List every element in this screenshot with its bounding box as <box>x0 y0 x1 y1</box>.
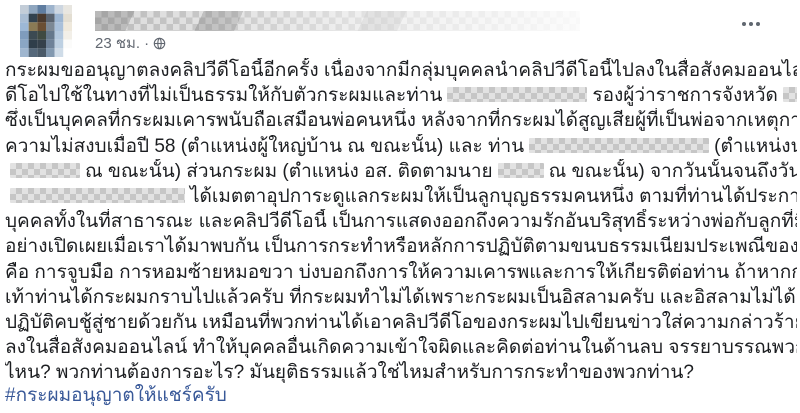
post-text-line: ซึ่งเป็นบุคคลที่กระผมเคารพนับถือเสมือนพ่… <box>5 108 797 133</box>
post-text: กระผมขออนุญาตลงคลิปวีดีโอนี้อีกครั้ง เนื… <box>5 60 797 81</box>
redacted-text <box>498 163 544 178</box>
post-text-line: กระผมขออนุญาตลงคลิปวีดีโอนี้อีกครั้ง เนื… <box>5 58 797 83</box>
redacted-text <box>447 87 587 102</box>
post-text: เท้าท่านได้กระผมกราบไปแล้วครับ ที่กระผมท… <box>5 287 797 308</box>
facebook-post: 23 ชม. · กระผมขออนุญาตลงคลิปวีดีโอนี้อีก… <box>0 0 800 413</box>
post-text-line: ปฏิบัติคบชู้สู่ชายด้วยกัน เหมือนที่พวกท่… <box>5 310 797 335</box>
redacted-text <box>10 188 185 203</box>
three-dots-menu-icon <box>742 22 746 26</box>
redacted-text <box>10 163 80 178</box>
post-text: ได้เมตตาอุปการะดูแลกระผมให้เป็นลูกบุญธรร… <box>190 186 797 207</box>
post-text-line: คือ การจูบมือ การหอมซ้ายหมอขวา บ่งบอกถึง… <box>5 260 797 285</box>
post-header: 23 ชม. · <box>0 0 800 60</box>
timestamp[interactable]: 23 ชม. <box>95 31 140 55</box>
post-text: (ตำแหน่งนาย <box>714 136 797 157</box>
post-text: รองผู้ว่าราชการจังหวัด <box>592 85 777 106</box>
post-body: กระผมขออนุญาตลงคลิปวีดีโอนี้อีกครั้ง เนื… <box>5 58 797 386</box>
globe-privacy-icon <box>153 37 166 50</box>
post-text: ไหน? พวกท่านต้องการอะไร? มันยุติธรรมแล้ว… <box>5 362 694 383</box>
dot-separator: · <box>144 35 149 52</box>
post-text-line: บุคคลทั้งในที่สาธารณะ และคลิปวีดีโอนี้ เ… <box>5 209 797 234</box>
post-text-line: ดีโอไปใช้ในทางที่ไม่เป็นธรรมให้กับตัวกระ… <box>5 83 797 108</box>
post-text: ณ ขณะนั้น) จากวันนั้นจนถึงวันนี้ ท่าน <box>549 161 797 182</box>
post-text: ความไม่สงบเมื่อปี 58 (ตำแหน่งผู้ใหญ่บ้าน… <box>5 136 524 157</box>
redacted-text <box>529 138 709 153</box>
avatar[interactable] <box>20 4 72 58</box>
post-text: อย่างเปิดเผยเมื่อเราได้มาพบกัน เป็นการกร… <box>5 236 797 257</box>
post-text-line: ณ ขณะนั้น) ส่วนกระผม (ตำแหน่ง อส. ติดตาม… <box>5 159 797 184</box>
post-text-line: ได้เมตตาอุปการะดูแลกระผมให้เป็นลูกบุญธรร… <box>5 184 797 209</box>
post-text: ปฏิบัติคบชู้สู่ชายด้วยกัน เหมือนที่พวกท่… <box>5 312 797 333</box>
three-dots-menu-icon <box>749 22 753 26</box>
post-text: ดีโอไปใช้ในทางที่ไม่เป็นธรรมให้กับตัวกระ… <box>5 85 442 106</box>
post-text-line: อย่างเปิดเผยเมื่อเราได้มาพบกัน เป็นการกร… <box>5 234 797 259</box>
three-dots-menu-icon <box>756 22 760 26</box>
post-text: คือ การจูบมือ การหอมซ้ายหมอขวา บ่งบอกถึง… <box>5 262 797 283</box>
post-text-line: ไหน? พวกท่านต้องการอะไร? มันยุติธรรมแล้ว… <box>5 360 797 385</box>
hashtag-link[interactable]: #กระผมอนุญาตให้แชร์ครับ <box>5 384 227 408</box>
post-text: ณ ขณะนั้น) ส่วนกระผม (ตำแหน่ง อส. ติดตาม… <box>85 161 493 182</box>
post-text-line: ความไม่สงบเมื่อปี 58 (ตำแหน่งผู้ใหญ่บ้าน… <box>5 134 797 159</box>
post-text-line: เท้าท่านได้กระผมกราบไปแล้วครับ ที่กระผมท… <box>5 285 797 310</box>
post-meta: 23 ชม. · <box>95 34 166 52</box>
post-text: ลงในสื่อสังคมออนไลน์ ทำให้บุคคลอื่นเกิดค… <box>5 337 797 358</box>
post-text: ซึ่งเป็นบุคคลที่กระผมเคารพนับถือเสมือนพ่… <box>5 110 797 131</box>
pixelated-avatar-image <box>20 4 72 58</box>
more-options-button[interactable] <box>734 14 768 34</box>
post-text: บุคคลทั้งในที่สาธารณะ และคลิปวีดีโอนี้ เ… <box>5 211 797 232</box>
author-name-redacted[interactable] <box>95 11 580 31</box>
redacted-text <box>783 87 797 102</box>
post-text-line: ลงในสื่อสังคมออนไลน์ ทำให้บุคคลอื่นเกิดค… <box>5 335 797 360</box>
